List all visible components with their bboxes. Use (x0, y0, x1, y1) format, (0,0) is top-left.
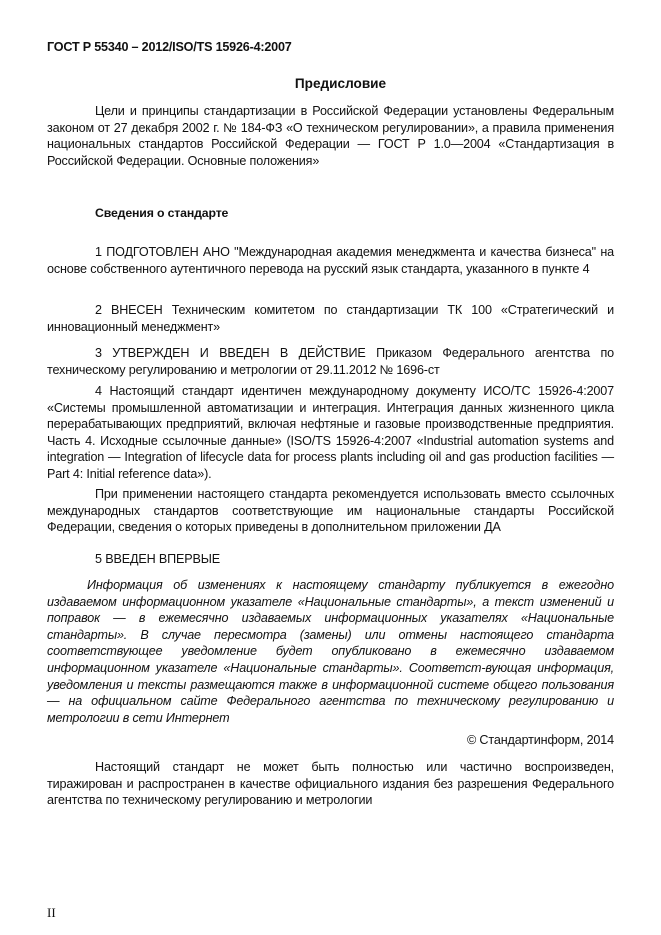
copyright-line: © Стандартинформ, 2014 (47, 732, 614, 749)
document-header: ГОСТ Р 55340 – 2012/ISO/TS 15926-4:2007 (47, 40, 292, 54)
item-1-paragraph: 1 ПОДГОТОВЛЕН АНО "Международная академи… (47, 244, 614, 277)
amendments-notice: Информация об изменениях к настоящему ст… (47, 577, 614, 726)
page-number: II (47, 905, 56, 921)
item-4-paragraph: 4 Настоящий стандарт идентичен междунаро… (47, 383, 614, 483)
reproduction-notice: Настоящий стандарт не может быть полност… (47, 759, 614, 809)
item-2-paragraph: 2 ВНЕСЕН Техническим комитетом по станда… (47, 302, 614, 335)
section-heading: Сведения о стандарте (47, 205, 614, 222)
recommendation-paragraph: При применении настоящего стандарта реко… (47, 486, 614, 536)
page-title: Предисловие (0, 76, 661, 91)
item-5-paragraph: 5 ВВЕДЕН ВПЕРВЫЕ (47, 551, 614, 568)
item-3-paragraph: 3 УТВЕРЖДЕН И ВВЕДЕН В ДЕЙСТВИЕ Приказом… (47, 345, 614, 378)
intro-paragraph: Цели и принципы стандартизации в Российс… (47, 103, 614, 169)
